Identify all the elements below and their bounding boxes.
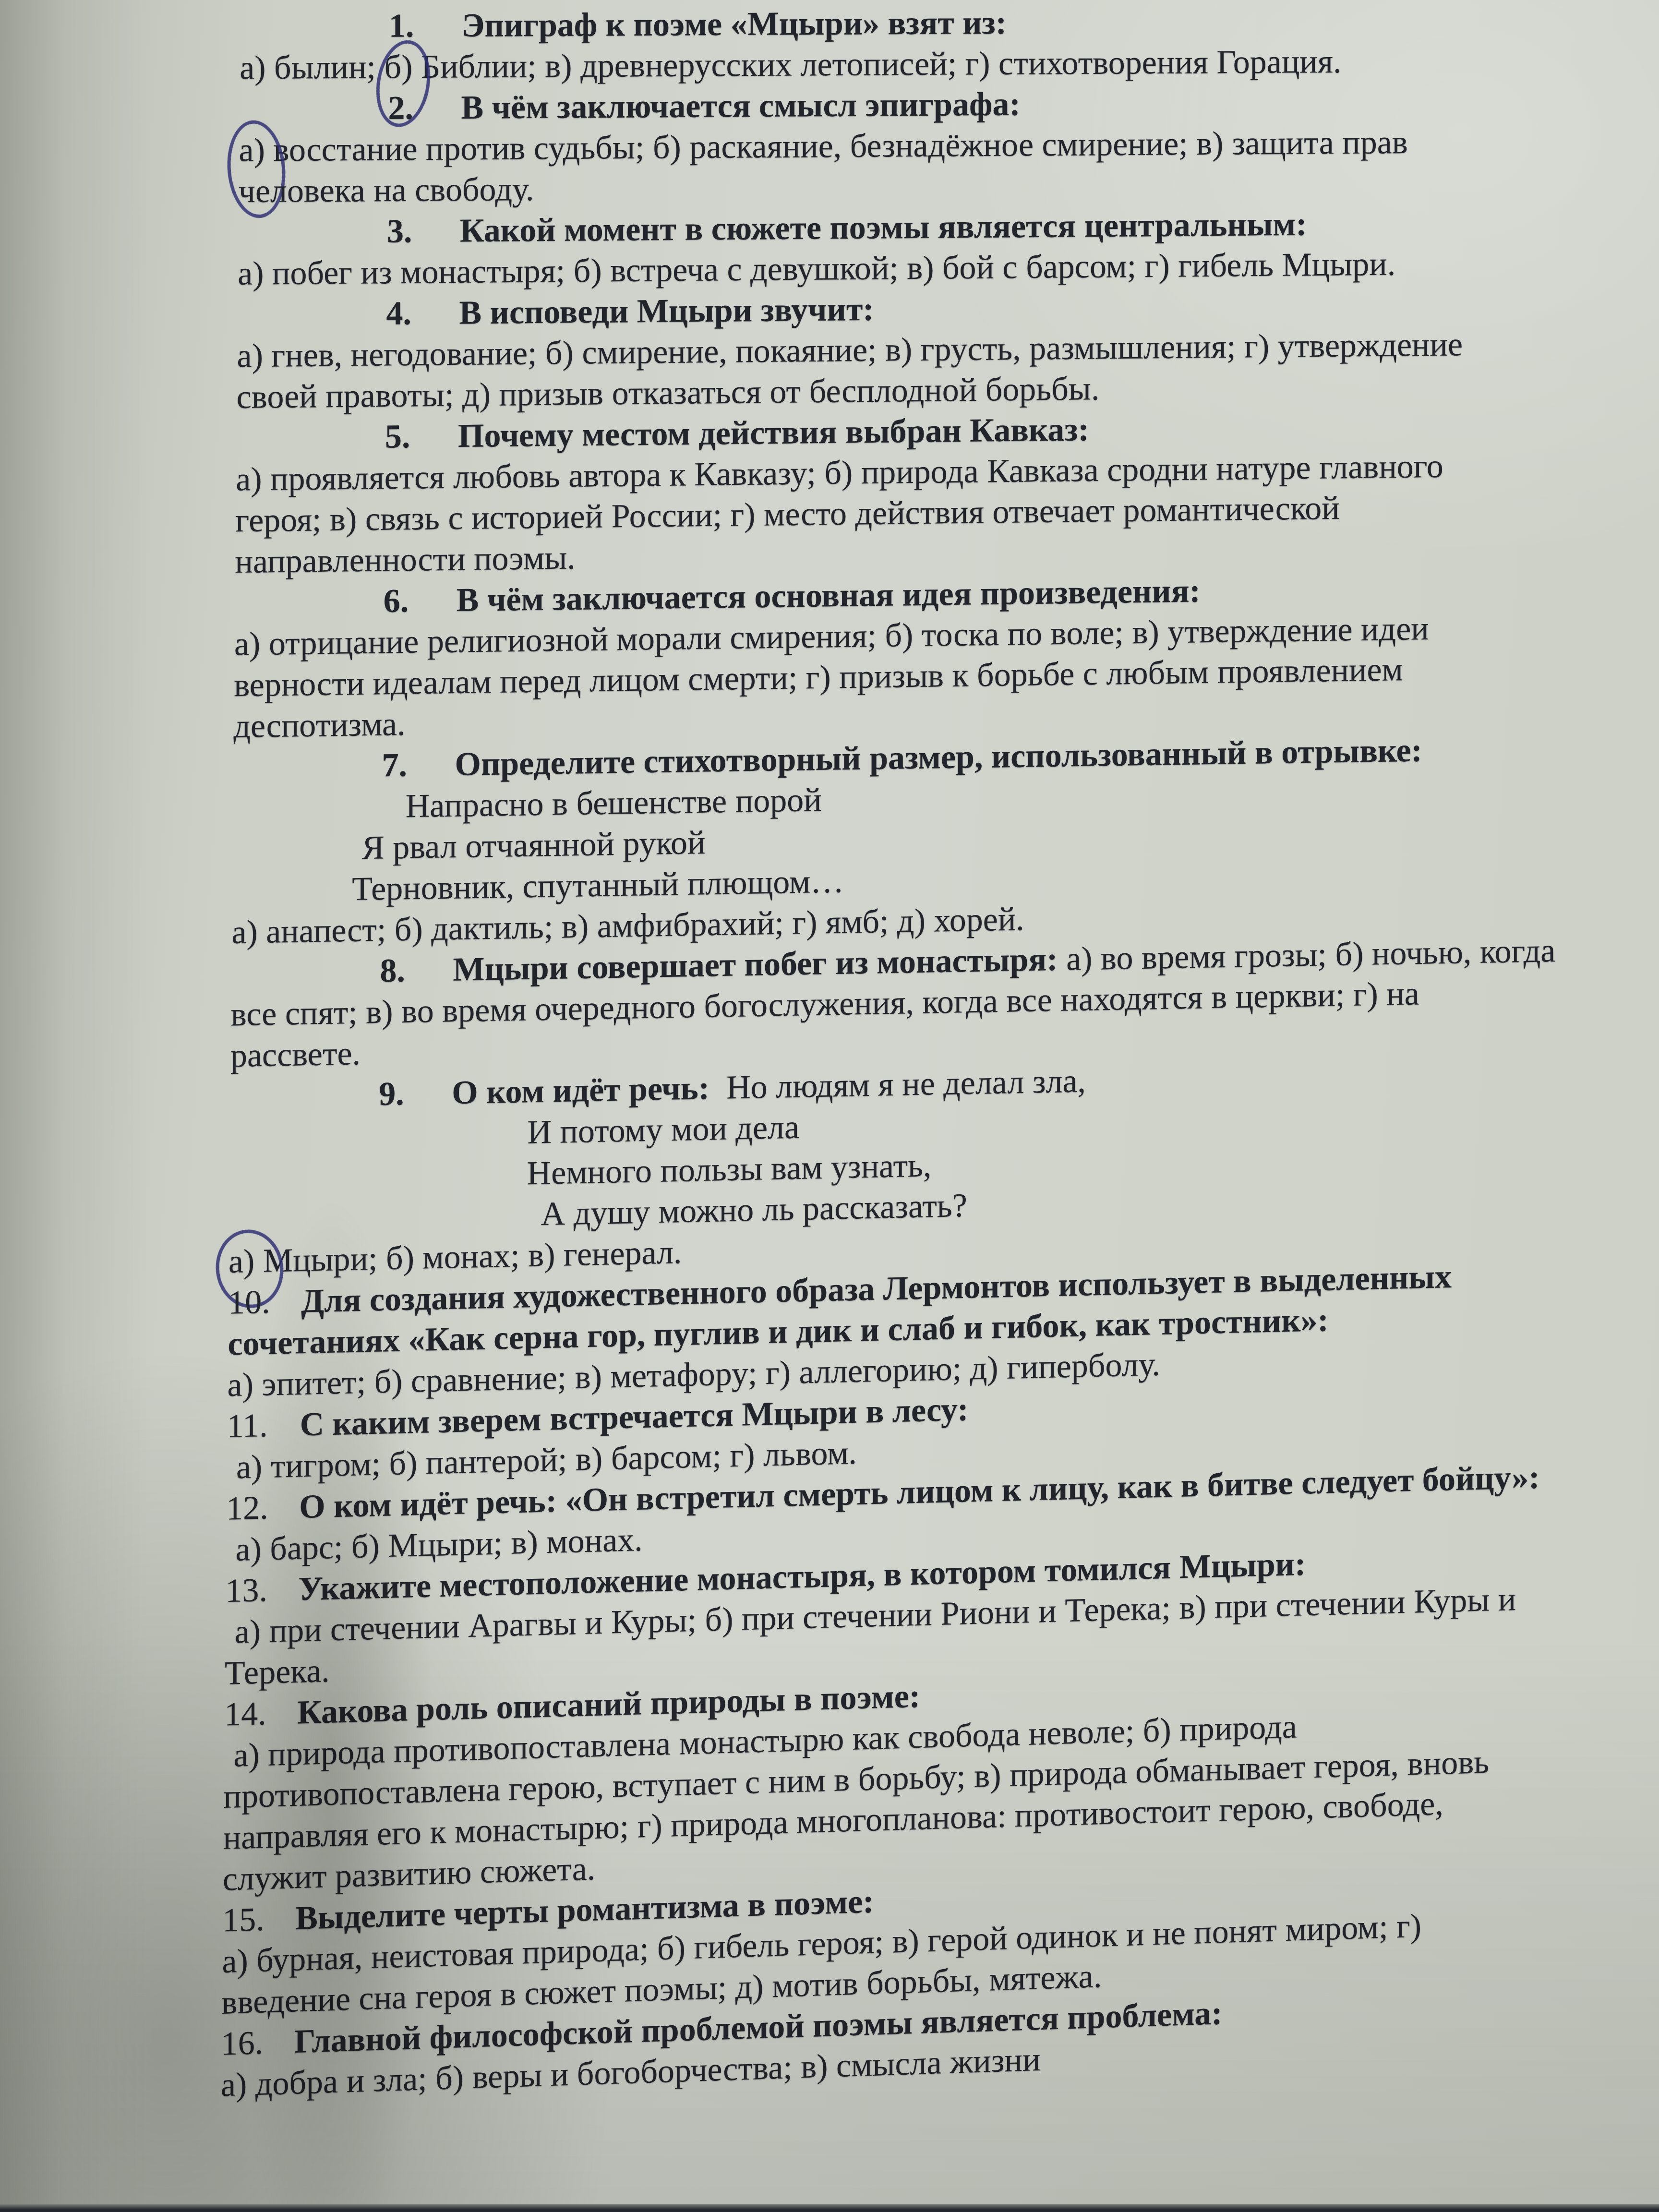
question-number: 1. [389,5,462,47]
text-segment: А душу можно ль рассказать? [541,1187,967,1233]
question-number: 4. [386,292,459,334]
text-segment: а) былин; [240,48,384,86]
question-number: 15. [222,1898,295,1941]
question-number: 8. [380,950,453,992]
text-segment: Но людям я не делал зла, [709,1062,1086,1106]
photo-of-printed-quiz: { "colors":{"paper":"#c9cdc4","text_ink"… [0,0,1659,2212]
text-segment: В чём заключается смысл эпиграфа: [461,86,1020,126]
text-segment: своей правоты; д) призыв отказаться от б… [237,370,1100,416]
question-number: 11. [227,1405,300,1448]
text-segment: И потому мои дела [527,1109,799,1151]
text-segment: рассвете. [230,1035,361,1074]
text-segment: восстание против судьбы; б) раскаяние, б… [265,124,1408,168]
text-segment: Терека. [225,1652,330,1692]
question-number: 5. [385,416,458,458]
text-segment: В исповеди Мцыри звучит: [459,291,874,332]
text-segment: Я рвал отчаянной рукой [362,824,705,866]
pen-circled-answer: а) [239,130,265,171]
text-segment: Эпиграф к поэме «Мцыри» взят из: [462,4,1007,44]
question-number: 2. [388,87,461,129]
text-segment: Мцыри; б) монах; в) генерал. [254,1234,682,1280]
text-segment: Какой момент в сюжете поэмы является цен… [460,206,1307,250]
text-segment: человека на свободу. [239,171,534,210]
text-segment: О ком идёт речь: [452,1070,709,1111]
question-number: 13. [226,1569,299,1612]
question-number: 3. [387,210,460,252]
text-segment: Напрасно в бешенстве порой [406,781,822,825]
paper-text: 1.Эпиграф к поэме «Мцыри» взят из:а) был… [0,8,1659,2113]
text-segment: а) побег из монастыря; б) встреча с деву… [238,246,1395,292]
pen-circled-answer: а) [228,1241,254,1283]
pen-circled-answer: б) [385,47,413,88]
text-segment: Терновник, спутанный плющом… [352,863,844,908]
text-segment: Немного пользы вам узнать, [527,1147,932,1192]
text-segment: деспотизма. [233,706,405,745]
question-number: 9. [379,1072,452,1115]
question-number: 7. [382,744,455,786]
question-number: 16. [221,2021,294,2065]
text-segment: Библии; в) древнерусских летописей; г) с… [412,43,1341,85]
text-segment: Почему местом действия выбран Кавказ: [458,411,1089,455]
question-number: 6. [384,580,457,622]
question-number: 12. [226,1487,299,1530]
text-segment: а) во время грозы; б) ночью, когда [1058,932,1556,978]
question-number: 10. [228,1281,301,1324]
table-edge-strip [0,2204,1659,2212]
text-segment: В чём заключается основная идея произвед… [457,573,1201,619]
question-number: 14. [224,1692,297,1735]
text-segment: направленности поэмы. [235,540,576,581]
text-segment: а) барс; б) Мцыри; в) монах. [235,1521,642,1568]
